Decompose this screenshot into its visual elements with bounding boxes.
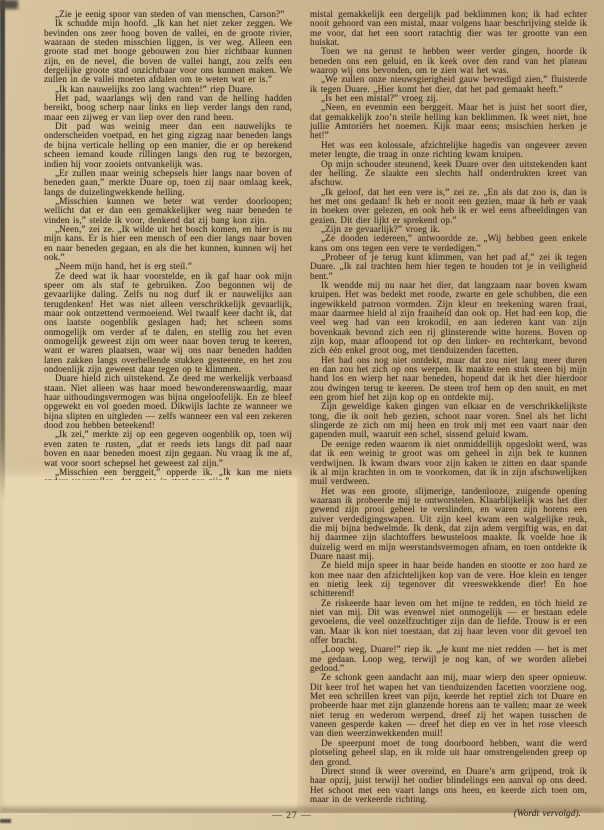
paragraph: „Misschien kunnen we beter wat verder do… bbox=[44, 197, 292, 225]
paragraph: „Neen,” zei ze. „Ik wilde uit het bosch … bbox=[44, 225, 292, 262]
paragraph: Ik wendde mij nu naar het dier, dat lang… bbox=[310, 281, 587, 356]
scan-bottom-left-mark bbox=[0, 819, 11, 823]
paragraph: De eenige reden waarom ik niet onmiddell… bbox=[310, 440, 587, 487]
paragraph: Toen we na gerust te hebben weer verder … bbox=[310, 47, 587, 75]
right-text-column: mistal gemakkelijk een dergelijk pad bek… bbox=[310, 10, 587, 819]
paragraph: „Ze dooden iedereen,” antwoordde ze. „Wi… bbox=[310, 234, 587, 253]
magazine-page: „Zie je eenig spoor van steden of van me… bbox=[0, 0, 604, 830]
paragraph: Ze schonk geen aandacht aan mij, maar wi… bbox=[310, 673, 587, 738]
paragraph: „Probeer of je terug kunt klimmen, van h… bbox=[310, 253, 587, 281]
blank-paper-region bbox=[4, 477, 297, 809]
paragraph: Duare hield zich uitstekend. Ze deed me … bbox=[44, 374, 292, 430]
paragraph: Dit pad was weinig meer dan een nauwelij… bbox=[44, 122, 292, 169]
paragraph: Het had ons nog niet ontdekt, maar dat z… bbox=[310, 356, 587, 403]
paragraph: Het pad, waarlangs wij den rand van de h… bbox=[44, 94, 292, 122]
paragraph: Ze deed wat ik haar voorstelde, en ik ga… bbox=[44, 272, 292, 375]
paragraph: „Ik geloof, dat het een vere is,” zei ze… bbox=[310, 188, 587, 225]
paragraph: Zijn geweldige kaken gingen van elkaar e… bbox=[310, 402, 587, 439]
left-paragraphs: „Zie je eenig spoor van steden of van me… bbox=[44, 10, 292, 480]
paragraph: „Neen, en evenmin een berggeit. Maar het… bbox=[310, 103, 587, 140]
scan-left-edge bbox=[0, 0, 5, 500]
paragraph: Direct stond ik weer overeind, en Duare’… bbox=[310, 767, 587, 804]
paragraph: mistal gemakkelijk een dergelijk pad bek… bbox=[310, 10, 587, 47]
paragraph: „We zullen onze nieuwsgierigheid gauw be… bbox=[310, 75, 587, 94]
paragraph: De speerpunt moet de tong doorboord hebb… bbox=[310, 739, 587, 767]
left-text-column: „Zie je eenig spoor van steden of van me… bbox=[44, 10, 292, 480]
paragraph: Op mijn schouder steunend, keek Duare ov… bbox=[310, 160, 587, 188]
paragraph: Het was een kolossale, afzichtelijke hag… bbox=[310, 141, 587, 160]
paragraph: Ze riskeerde haar leven om het mijne te … bbox=[310, 599, 587, 646]
paragraph: „Loop weg, Duare!” riep ik. „Je kunt me … bbox=[310, 645, 587, 673]
scan-top-left-corner-shadow bbox=[0, 0, 18, 9]
paragraph: „Misschien een berggeit,” opperde ik. „I… bbox=[44, 468, 292, 480]
paragraph: „Ik zei,” merkte zij op een gegeven ooge… bbox=[44, 430, 292, 467]
paragraph: Ik schudde mijn hoofd. „Ik kan het niet … bbox=[44, 19, 292, 84]
paragraph: Ze hield mijn speer in haar beide handen… bbox=[310, 561, 587, 598]
right-paragraphs: mistal gemakkelijk een dergelijk pad bek… bbox=[310, 10, 587, 804]
paragraph: „Er zullen maar weinig schepsels hier la… bbox=[44, 169, 292, 197]
paragraph: Het was een groote, slijmerige, tandenlo… bbox=[310, 487, 587, 562]
page-number: — 27 — bbox=[230, 811, 354, 821]
